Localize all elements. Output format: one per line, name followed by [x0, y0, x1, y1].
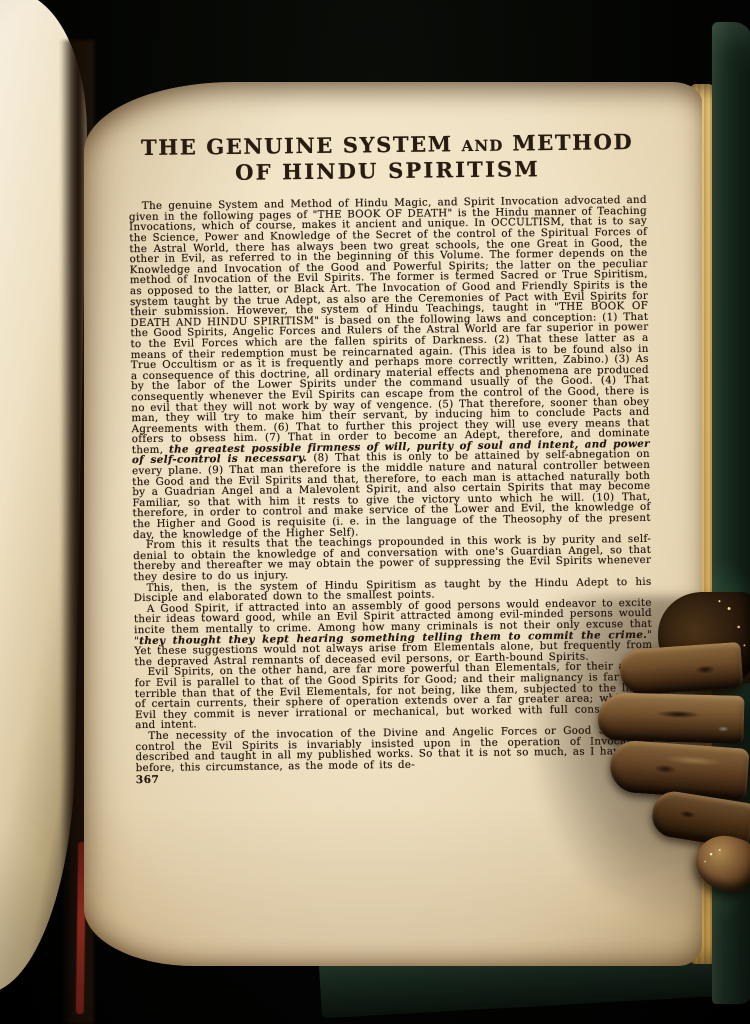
paragraph: The genuine System and Method of Hindu M…	[129, 195, 651, 540]
paragraph: The necessity of the invocation of the D…	[135, 725, 653, 774]
text-segment: The genuine System and Method of Hindu M…	[129, 194, 650, 456]
text-segment: The necessity of the invocation of the D…	[135, 724, 653, 774]
bronze-finger-middle	[597, 692, 744, 744]
text-segment: Evil Spirits, on the other hand, are far…	[135, 660, 653, 731]
bronze-hand-figure	[596, 598, 750, 898]
paragraph: A Good Spirit, if attracted into an asse…	[134, 598, 653, 668]
book-photo-scene: THE GENUINE SYSTEM AND METHOD OF HINDU S…	[0, 0, 750, 1024]
title-and-smallcaps: AND	[461, 137, 503, 156]
bronze-finger-top	[619, 642, 744, 696]
paragraph: Evil Spirits, on the other hand, are far…	[135, 661, 654, 731]
chapter-title: THE GENUINE SYSTEM AND METHOD OF HINDU S…	[128, 129, 647, 187]
page-text-block: THE GENUINE SYSTEM AND METHOD OF HINDU S…	[128, 129, 654, 787]
body-paragraphs: The genuine System and Method of Hindu M…	[129, 195, 654, 773]
